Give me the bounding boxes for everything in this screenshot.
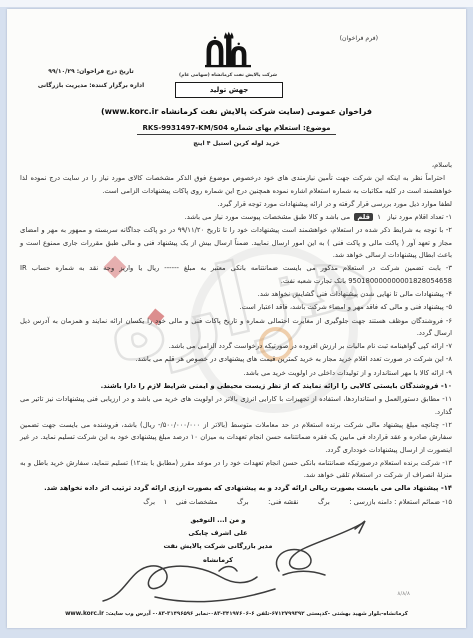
announce-date: تاریخ درج فراخوان: ۹۹/۱۰/۲۹: [23, 65, 159, 79]
notice-line: لطفا موارد ذیل مورد بررسی قرار گرفته و د…: [20, 198, 452, 210]
salutation: باسلام،: [20, 159, 452, 171]
list-item: ۱۴- پیشنهاد مالی می بایست بصورت ریالی ار…: [20, 482, 452, 494]
letter-body: باسلام، احتراماً نظر به اینکه این شرکت ج…: [20, 159, 452, 509]
list-item: ۱۱- مطابق دستورالعمل و استانداردها، استف…: [20, 393, 452, 418]
year-slogan-box: جهش تولید: [175, 82, 283, 98]
subject-line: موضوع: استعلام بهای شماره RKS-9931497-KM…: [7, 124, 466, 132]
organizer-department: اداره برگزار کننده: مدیریت بازرگانی: [23, 79, 159, 93]
list-item: ۶- فروشندگان موظف هستند جهت جلوگیری از م…: [20, 315, 452, 340]
handwritten-signature-icon: [269, 517, 373, 581]
intro-paragraph: احتراماً نظر به اینکه این شرکت جهت تأمین…: [20, 172, 452, 197]
scanned-document-page: هزاره (فرم فراخوان) شرکت پالایش نفت کرما…: [7, 9, 466, 628]
list-item: ۱۲- چنانچه مبلغ پیشنهاد مالی شرکت برنده …: [20, 419, 452, 456]
subject-text: موضوع: استعلام بهای شماره RKS-9931497-KM…: [137, 124, 337, 135]
company-logo-icon: [205, 27, 251, 73]
subject-detail: خرید لوله کربن استیل ۴ اینچ: [7, 140, 466, 147]
list-item: ۵- پیشنهاد فنی و مالی که فاقد مهر و امضا…: [20, 301, 452, 313]
footer-address-line: کرمانشاه-بلوار شهید بهشتی -کدپستی ۶۷۱۲۷۹…: [7, 611, 466, 617]
company-name-small: شرکت پالایش نفت کرمانشاه (سهامی عام): [153, 73, 303, 78]
list-item: ۱- تعداد اقلام مورد نیاز ۱ قلم می باشد و…: [20, 211, 452, 223]
list-item: ۱۵- ضمائم استعلام : دامنه بازرسی : برگ ن…: [20, 496, 452, 508]
footer-website: www.korc.ir: [65, 611, 104, 617]
page-marker: ۸/۸/۸: [397, 591, 410, 597]
highlight-chip: قلم: [354, 213, 373, 221]
announcement-meta: تاریخ درج فراخوان: ۹۹/۱۰/۲۹ اداره برگزار…: [23, 65, 159, 93]
form-corner-note: (فرم فراخوان): [340, 35, 378, 42]
footer-address: کرمانشاه-بلوار شهید بهشتی -کدپستی ۶۷۱۲۷۹…: [104, 611, 408, 617]
list-item: ۹- ارائه کالا با مهر استاندارد و از تولی…: [20, 367, 452, 379]
list-item: ۲- با توجه به شرایط ذکر شده در استعلام، …: [20, 224, 452, 261]
list-item: ۳- بابت تضمین شرکت در استعلام مذکور می ب…: [20, 262, 452, 287]
list-item: ۱۰- فروشندگان بایستی کالایی را ارائه نما…: [20, 380, 452, 392]
scan-top-band: [0, 0, 473, 7]
list-item: ۷- ارائه کپی گواهینامه ثبت نام مالیات بر…: [20, 340, 452, 352]
page-title: فراخوان عمومی (سایت شرکت پالایش نفت کرما…: [7, 107, 466, 116]
handwritten-signature-icon: [99, 557, 279, 609]
list-item: ۸- این شرکت در صورت تعدد اقلام خرید مجاز…: [20, 353, 452, 365]
signer-name: علی اشرف چابکی: [153, 527, 283, 540]
list-item: ۱۳- شرکت برنده استعلام درصورتیکه ضمانتنا…: [20, 457, 452, 482]
items-list: ۱- تعداد اقلام مورد نیاز ۱ قلم می باشد و…: [20, 211, 452, 508]
list-item: ۴- پیشنهادات مالی تا نهایی شدن پیشنهادات…: [20, 288, 452, 300]
benediction: و من ا... التوفیق: [153, 514, 283, 527]
